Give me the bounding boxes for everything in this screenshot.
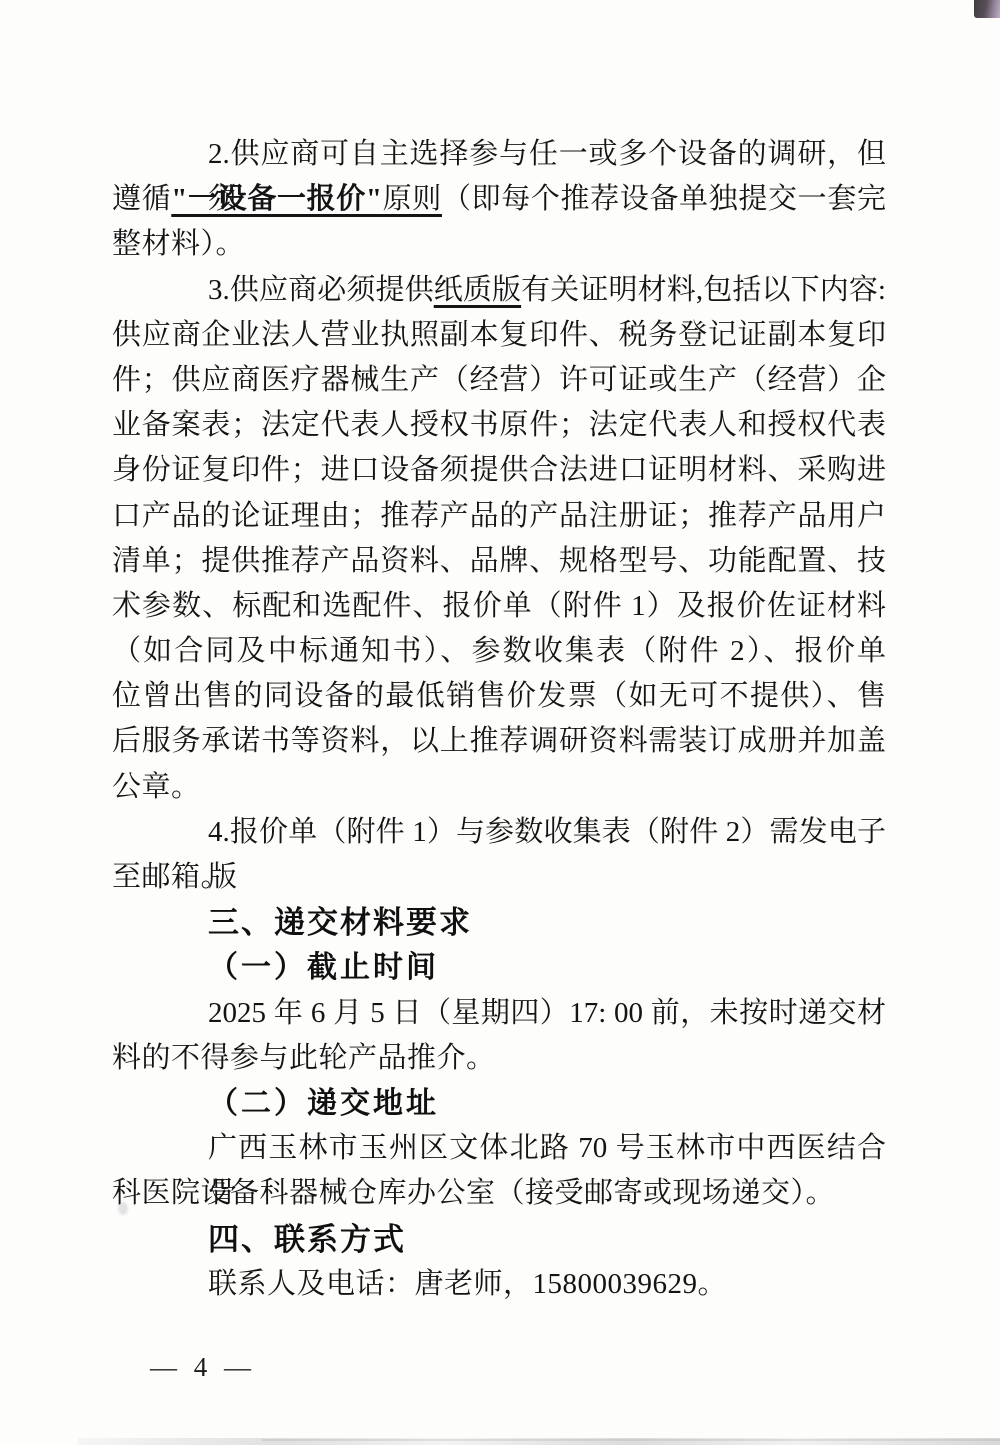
paragraph-3-line-10: 位曾出售的同设备的最低销售价发票（如无可不提供）、售 [112, 674, 886, 719]
paragraph-3-line-6: 口产品的论证理由；推荐产品的产品注册证；推荐产品用户 [112, 494, 886, 539]
text-segment: 2025 年 6 月 5 日（星期四）17: 00 前，未按时递交材 [208, 997, 886, 1029]
paragraph-3-line-8: 术参数、标配和选配件、报价单（附件 1）及报价佐证材料 [112, 584, 886, 629]
address-line-2: 科医院设备科器械仓库办公室（接受邮寄或现场递交）。 [112, 1171, 886, 1216]
paragraph-3-line-11: 后服务承诺书等资料，以上推荐调研资料需装订成册并加盖 [112, 719, 886, 764]
document-body: 2.供应商可自主选择参与任一或多个设备的调研，但须遵循"一设备一报价"原则（即每… [112, 132, 886, 1307]
text-segment: 科医院设备科器械仓库办公室（接受邮寄或现场递交）。 [112, 1177, 835, 1209]
heading-deadline: （一）截止时间 [112, 945, 886, 990]
text-segment: （即每个推荐设备单独提交一套完 [442, 183, 886, 215]
paragraph-3-line-4: 业备案表；法定代表人授权书原件；法定代表人和授权代表 [112, 403, 886, 448]
deadline-line-1: 2025 年 6 月 5 日（星期四）17: 00 前，未按时递交材 [112, 991, 886, 1036]
paragraph-4-line-1: 4.报价单（附件 1）与参数收集表（附件 2）需发电子版 [112, 810, 886, 855]
paragraph-2-line-1: 2.供应商可自主选择参与任一或多个设备的调研，但须 [112, 132, 886, 177]
text-segment: 件；供应商医疗器械生产（经营）许可证或生产（经营）企 [112, 364, 886, 396]
text-segment: 料的不得参与此轮产品推介。 [112, 1042, 496, 1074]
paragraph-3-line-2: 供应商企业法人营业执照副本复印件、税务登记证副本复印 [112, 313, 886, 358]
paragraph-3-line-7: 清单；提供推荐产品资料、品牌、规格型号、功能配置、技 [112, 539, 886, 584]
text-segment: 至邮箱。 [112, 861, 230, 893]
heading-section-3: 三、递交材料要求 [112, 900, 886, 945]
text-segment: 联系人及电话：唐老师，15800039629。 [208, 1268, 727, 1300]
text-segment: 清单；提供推荐产品资料、品牌、规格型号、功能配置、技 [112, 545, 886, 577]
text-segment: 位曾出售的同设备的最低销售价发票（如无可不提供）、售 [112, 680, 886, 712]
text-segment: 业备案表；法定代表人授权书原件；法定代表人和授权代表 [112, 409, 886, 441]
paragraph-4-line-2: 至邮箱。 [112, 855, 886, 900]
scan-smudge-artifact [118, 1202, 128, 1215]
underlined-text: "一设备一报价" [171, 183, 382, 215]
text-segment: 整材料）。 [112, 228, 245, 260]
page-number: — 4 — [150, 1352, 256, 1383]
text-segment: 供应商企业法人营业执照副本复印件、税务登记证副本复印 [112, 319, 886, 351]
scan-artifact-top-right [974, 0, 1000, 18]
paragraph-3-line-5: 身份证复印件；进口设备须提供合法进口证明材料、采购进 [112, 448, 886, 493]
text-segment: 遵循 [112, 183, 171, 215]
deadline-line-2: 料的不得参与此轮产品推介。 [112, 1036, 886, 1081]
text-segment: 公章。 [112, 771, 201, 803]
text-segment: （一）截止时间 [208, 951, 439, 984]
paragraph-3-line-3: 件；供应商医疗器械生产（经营）许可证或生产（经营）企 [112, 358, 886, 403]
text-segment: 有关证明材料,包括以下内容: [521, 274, 886, 306]
address-line-1: 广西玉林市玉州区文体北路 70 号玉林市中西医结合骨 [112, 1126, 886, 1171]
heading-address: （二）递交地址 [112, 1081, 886, 1126]
text-segment: 四、联系方式 [208, 1222, 406, 1257]
document-page: 2.供应商可自主选择参与任一或多个设备的调研，但须遵循"一设备一报价"原则（即每… [0, 0, 1000, 1445]
text-segment: 身份证复印件；进口设备须提供合法进口证明材料、采购进 [112, 454, 886, 486]
paragraph-2-line-2: 遵循"一设备一报价"原则（即每个推荐设备单独提交一套完 [112, 177, 886, 222]
paragraph-2-line-3: 整材料）。 [112, 222, 886, 267]
paragraph-3-line-12: 公章。 [112, 765, 886, 810]
text-segment: 后服务承诺书等资料，以上推荐调研资料需装订成册并加盖 [112, 725, 886, 757]
document-lines: 2.供应商可自主选择参与任一或多个设备的调研，但须遵循"一设备一报价"原则（即每… [112, 132, 886, 1307]
text-segment: 术参数、标配和选配件、报价单（附件 1）及报价佐证材料 [112, 590, 886, 622]
paragraph-3-line-9: （如合同及中标通知书）、参数收集表（附件 2）、报价单 [112, 629, 886, 674]
heading-contact: 四、联系方式 [112, 1217, 886, 1262]
text-segment: （如合同及中标通知书）、参数收集表（附件 2）、报价单 [112, 635, 886, 667]
paragraph-3-line-1: 3.供应商必须提供纸质版有关证明材料,包括以下内容: [112, 268, 886, 313]
text-segment: 三、递交材料要求 [208, 905, 472, 940]
text-segment: 3.供应商必须提供 [208, 274, 434, 306]
scan-bottom-edge-artifact [78, 1438, 1000, 1445]
text-segment: （二）递交地址 [208, 1087, 439, 1120]
contact-line: 联系人及电话：唐老师，15800039629。 [112, 1262, 886, 1307]
underlined-text: 纸质版 [434, 274, 521, 306]
text-segment: 口产品的论证理由；推荐产品的产品注册证；推荐产品用户 [112, 500, 886, 532]
underlined-text: 原则 [382, 183, 442, 215]
